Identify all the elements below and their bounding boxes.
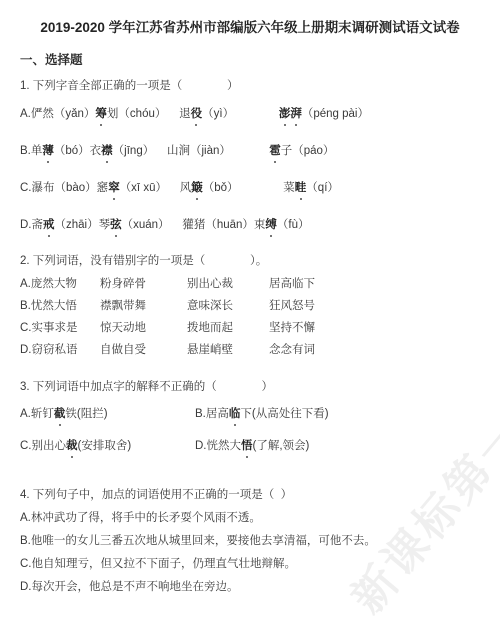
word-cell: 别出心裁 (187, 277, 269, 291)
emphasized-char: 雹 (269, 143, 281, 159)
q4-option-c: C.他自知理亏，但又拉不下面子，仍理直气壮地辩解。 (20, 557, 480, 572)
q3-option-d: D.恍然大悟(了解,领会) (195, 439, 480, 454)
text-run: C.别出心 (20, 440, 66, 452)
emphasized-char: 畦 (295, 180, 307, 196)
emphasized-char: 裁 (66, 439, 78, 454)
text-run: （yì） (202, 108, 279, 120)
q1-option-c: C.瀑布（bào）窸窣（xī xū） 风簸（bǒ） 菜畦（qí） (20, 180, 480, 196)
question-2: 2. 下列词语，没有错别字的一项是（ ）。 A.庞然大物 粉身碎骨 别出心裁 居… (20, 254, 480, 357)
text-run: D.恍然大 (195, 440, 241, 452)
text-run: （qí） (306, 182, 339, 194)
text-run: 退 (179, 108, 191, 120)
emphasized-char: 澎 (279, 106, 291, 122)
section-heading: 一、选择题 (20, 50, 480, 68)
text-run: （bó）衣 (54, 145, 101, 157)
q3-prompt: 3. 下列词语中加点字的解释不正确的（ ） (20, 380, 480, 394)
text-run: （bǒ） (203, 182, 284, 194)
emphasized-char: 筹 (95, 106, 107, 122)
text-run: C.瀑布（bào）窸 (20, 182, 108, 194)
q3-option-c: C.别出心裁(安排取舍) (20, 439, 195, 454)
q4-option-d: D.每次开会，他总是不声不响地坐在旁边。 (20, 580, 480, 595)
q2-option-a: A.庞然大物 粉身碎骨 别出心裁 居高临下 (20, 277, 480, 291)
text-run: B.居高 (195, 408, 229, 420)
text-run: (了解,领会) (253, 440, 310, 452)
text-run: 划（chóu） (107, 108, 179, 120)
word-cell: 拨地而起 (187, 321, 269, 335)
text-run: （jīng） (113, 145, 167, 157)
text-run: 铁(阻拦) (65, 408, 107, 420)
emphasized-char: 薄 (42, 143, 54, 159)
text-run: （péng pài） (302, 108, 369, 120)
question-1: 1. 下列字音全部正确的一项是（ ） A.俨然（yǎn）筹划（chóu） 退役（… (20, 79, 480, 233)
question-3: 3. 下列词语中加点字的解释不正确的（ ） A.斩钉截铁(阻拦) B.居高临下(… (20, 380, 480, 454)
word-cell: D.窃窃私语 (20, 343, 100, 357)
text-run: B.单 (20, 145, 42, 157)
q2-prompt: 2. 下列词语，没有错别字的一项是（ ）。 (20, 254, 480, 268)
exam-page: 新课标第一网 2019-2020 学年江苏省苏州市部编版六年级上册期末调研测试语… (0, 0, 500, 637)
q1-option-b: B.单薄（bó）衣襟（jīng） 山涧（jiàn） 雹子（páo） (20, 143, 480, 159)
text-run: A.俨然（yǎn） (20, 108, 95, 120)
emphasized-char: 簸 (191, 180, 203, 196)
emphasized-char: 缚 (265, 217, 277, 233)
text-run: 菜 (283, 182, 295, 194)
emphasized-char: 湃 (290, 106, 302, 122)
emphasized-char: 戒 (43, 217, 55, 233)
text-run: （zhāi）琴 (55, 219, 111, 231)
word-cell: A.庞然大物 (20, 277, 100, 291)
q2-option-b: B.忧然大悟 襟飘带舞 意味深长 狂风怒号 (20, 299, 480, 313)
text-run: A.斩钉 (20, 408, 54, 420)
q3-row-2: C.别出心裁(安排取舍) D.恍然大悟(了解,领会) (20, 439, 480, 454)
word-cell: B.忧然大悟 (20, 299, 100, 313)
emphasized-char: 役 (191, 106, 203, 122)
text-run: （fù） (277, 219, 310, 231)
word-cell: 狂风怒号 (269, 299, 480, 313)
text-run: 獾猪（huān）束 (182, 219, 265, 231)
text-run: （xī xū） (120, 182, 180, 194)
emphasized-char: 襟 (101, 143, 113, 159)
word-cell: 坚持不懈 (269, 321, 480, 335)
word-cell: 粉身碎骨 (100, 277, 187, 291)
text-run: (安排取舍) (78, 440, 132, 452)
word-cell: 悬崖峭壁 (187, 343, 269, 357)
word-cell: 襟飘带舞 (100, 299, 187, 313)
word-cell: 惊天动地 (100, 321, 187, 335)
emphasized-char: 截 (54, 407, 66, 422)
emphasized-char: 临 (229, 407, 241, 422)
emphasized-char: 弦 (110, 217, 122, 233)
q3-option-a: A.斩钉截铁(阻拦) (20, 407, 195, 422)
q1-prompt: 1. 下列字音全部正确的一项是（ ） (20, 79, 480, 93)
text-run: 山涧（jiàn） (167, 145, 269, 157)
q1-option-d: D.斋戒（zhāi）琴弦（xuán） 獾猪（huān）束缚（fù） (20, 217, 480, 233)
q3-option-b: B.居高临下(从高处往下看) (195, 407, 480, 422)
exam-title: 2019-2020 学年江苏省苏州市部编版六年级上册期末调研测试语文试卷 (20, 16, 480, 36)
q4-prompt: 4. 下列句子中，加点的词语使用不正确的一项是（ ） (20, 488, 480, 502)
emphasized-char: 悟 (241, 439, 253, 454)
word-cell: 居高临下 (269, 277, 480, 291)
emphasized-char: 窣 (108, 180, 120, 196)
q4-option-a: A.林冲武功了得，将手中的长矛耍个风雨不透。 (20, 511, 480, 526)
text-run: 下(从高处往下看) (240, 408, 328, 420)
question-4: 4. 下列句子中，加点的词语使用不正确的一项是（ ） A.林冲武功了得，将手中的… (20, 488, 480, 595)
q1-option-a: A.俨然（yǎn）筹划（chóu） 退役（yì） 澎湃（péng pài） (20, 106, 480, 122)
word-cell: 念念有词 (269, 343, 480, 357)
word-cell: 意味深长 (187, 299, 269, 313)
word-cell: C.实事求是 (20, 321, 100, 335)
text-run: 风 (180, 182, 192, 194)
q2-option-c: C.实事求是 惊天动地 拨地而起 坚持不懈 (20, 321, 480, 335)
text-run: D.斋 (20, 219, 43, 231)
text-run: （xuán） (122, 219, 183, 231)
word-cell: 自做自受 (100, 343, 187, 357)
q2-option-d: D.窃窃私语 自做自受 悬崖峭壁 念念有词 (20, 343, 480, 357)
q3-row-1: A.斩钉截铁(阻拦) B.居高临下(从高处往下看) (20, 407, 480, 422)
q4-option-b: B.他唯一的女儿三番五次地从城里回来，要接他去享清福，可他不去。 (20, 534, 480, 549)
text-run: 子（páo） (281, 145, 335, 157)
